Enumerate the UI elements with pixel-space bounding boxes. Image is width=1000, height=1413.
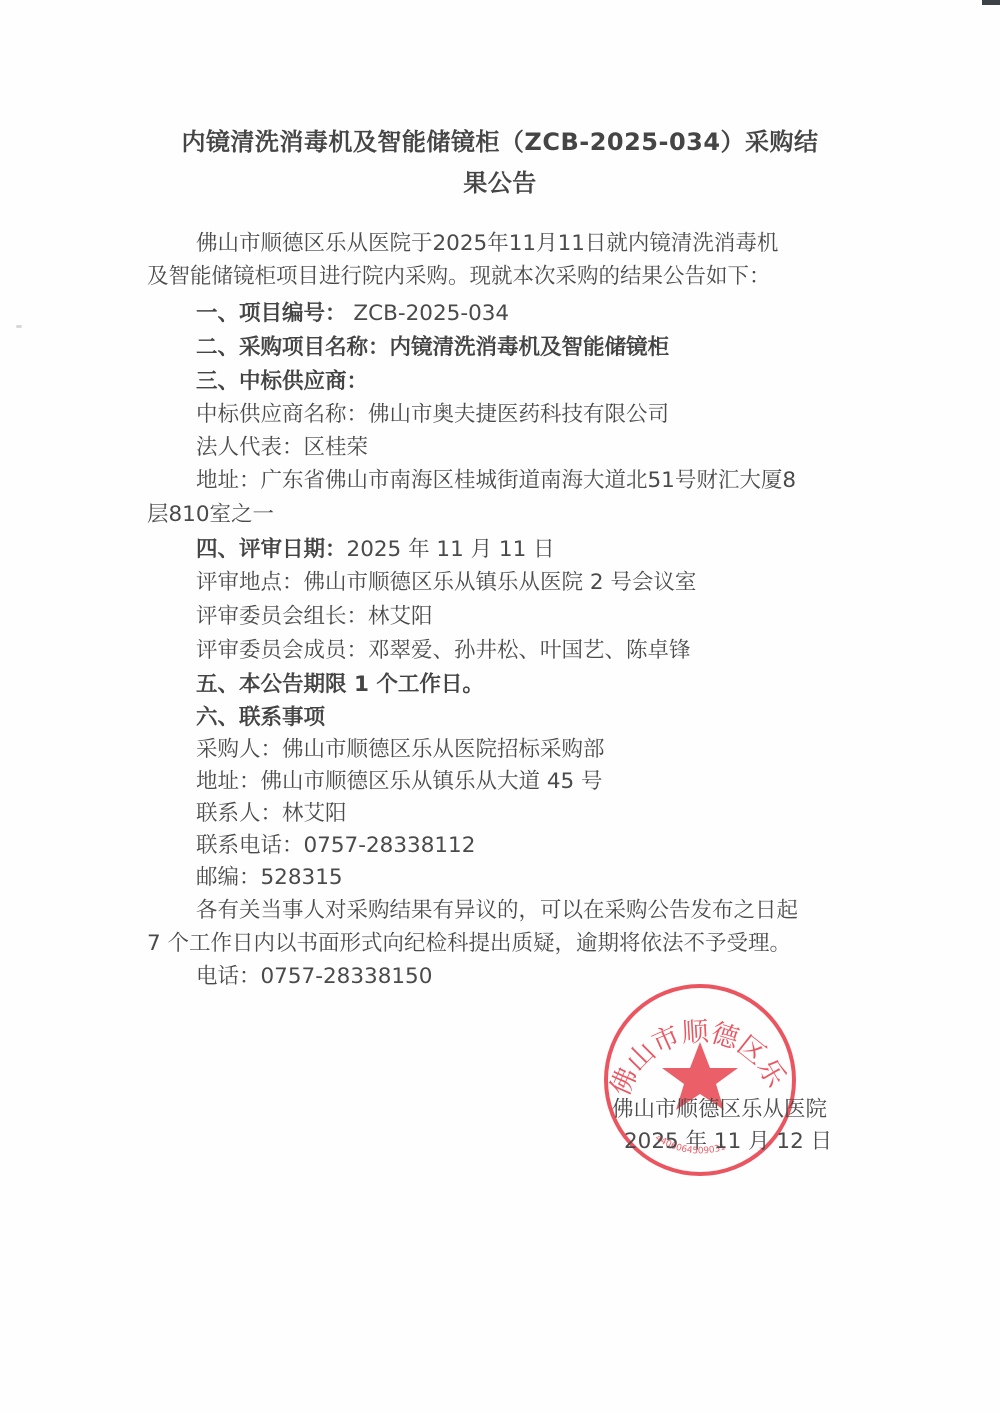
- signature-date: 2025 年 11 月 12 日: [624, 1127, 832, 1157]
- signature-organization: 佛山市顺德区乐从医院: [612, 1095, 827, 1125]
- scan-artifact: [982, 0, 1000, 5]
- project-name-row: 二、采购项目名称：内镜清洗消毒机及智能储镜柜: [196, 333, 669, 363]
- review-members-line: 评审委员会成员：邓翠爱、孙井松、叶国艺、陈卓锋: [196, 636, 691, 666]
- intro-line-1: 佛山市顺德区乐从医院于2025年11月11日就内镜清洗消毒机: [196, 229, 778, 259]
- review-date-row: 四、评审日期：2025 年 11 月 11 日: [196, 535, 555, 565]
- project-number-value: ZCB-2025-034: [347, 301, 510, 326]
- project-number-label: 一、项目编号：: [196, 301, 347, 326]
- project-name-value: 内镜清洗消毒机及智能储镜柜: [390, 335, 670, 360]
- objection-line-2: 7 个工作日内以书面形式向纪检科提出质疑，逾期将依法不予受理。: [147, 929, 791, 959]
- review-date-value: 2025 年 11 月 11 日: [347, 537, 555, 562]
- supplier-name-line: 中标供应商名称：佛山市奥夫捷医药科技有限公司: [196, 400, 669, 430]
- document-title-line-1: 内镜清洗消毒机及智能储镜柜（ZCB-2025-034）采购结: [150, 122, 850, 157]
- supplier-address-line-2: 层810室之一: [147, 500, 274, 530]
- postcode-line: 邮编：528315: [196, 863, 343, 893]
- review-date-label: 四、评审日期：: [196, 537, 347, 562]
- purchaser-address-line: 地址：佛山市顺德区乐从镇乐从大道 45 号: [196, 767, 603, 797]
- notice-period-line: 五、本公告期限 1 个工作日。: [196, 670, 484, 700]
- legal-representative-line: 法人代表：区桂荣: [196, 433, 368, 463]
- review-location-line: 评审地点：佛山市顺德区乐从镇乐从医院 2 号会议室: [196, 568, 696, 598]
- document-page: 内镜清洗消毒机及智能储镜柜（ZCB-2025-034）采购结 果公告 佛山市顺德…: [0, 0, 1000, 1413]
- objection-line-1: 各有关当事人对采购结果有异议的，可以在采购公告发布之日起: [196, 896, 798, 926]
- scan-speck: [16, 325, 22, 328]
- review-leader-line: 评审委员会组长：林艾阳: [196, 602, 433, 632]
- supplier-address-line-1: 地址：广东省佛山市南海区桂城街道南海大道北51号财汇大厦8: [196, 466, 796, 496]
- contact-phone-line: 联系电话：0757-28338112: [196, 831, 475, 861]
- project-name-label: 二、采购项目名称：: [196, 335, 390, 360]
- objection-phone-line: 电话：0757-28338150: [196, 962, 432, 992]
- contact-person-line: 联系人：林艾阳: [196, 799, 347, 829]
- purchaser-line: 采购人：佛山市顺德区乐从医院招标采购部: [196, 735, 605, 765]
- winning-supplier-heading: 三、中标供应商：: [196, 367, 368, 397]
- document-title-line-2: 果公告: [150, 163, 850, 198]
- intro-line-2: 及智能储镜柜项目进行院内采购。现就本次采购的结果公告如下：: [147, 262, 771, 292]
- project-number-row: 一、项目编号： ZCB-2025-034: [196, 299, 509, 329]
- contact-heading: 六、联系事项: [196, 703, 325, 733]
